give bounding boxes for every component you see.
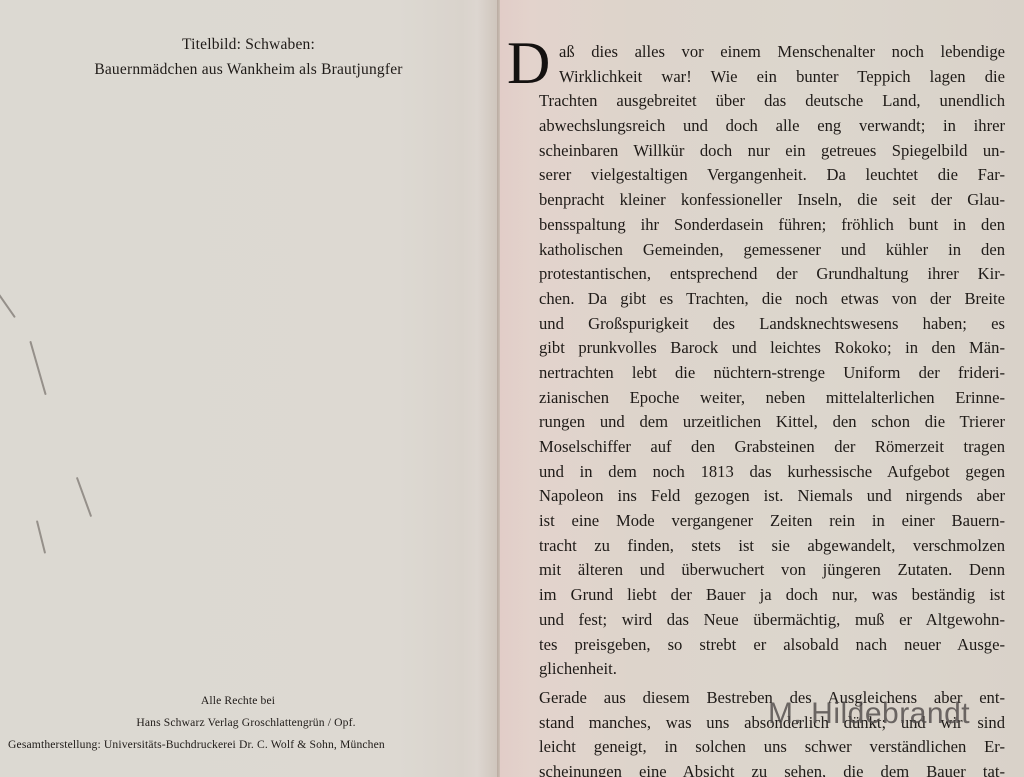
caption-title: Titelbild: Schwaben: — [0, 36, 497, 54]
book-spread: Titelbild: Schwaben: Bauernmädchen aus W… — [0, 0, 1024, 777]
text-line: scheinungen eine Absicht zu sehen, die d… — [539, 760, 1005, 777]
text-line: gibt prunkvolles Barock und leichtes Rok… — [539, 336, 1005, 361]
caption-subtitle: Bauernmädchen aus Wankheim als Brautjung… — [0, 61, 497, 79]
paper-fiber-mark — [76, 477, 92, 517]
text-line: katholischen Gemeinden, gemessener und k… — [539, 238, 1005, 263]
text-line: und Großspurigkeit des Landsknechtswesen… — [539, 312, 1005, 337]
text-line: mit älteren und überwuchert von jüngeren… — [539, 558, 1005, 583]
paper-fiber-mark — [29, 341, 46, 395]
text-line: glichenheit. — [539, 657, 1005, 682]
text-line: Wirklichkeit war! Wie ein bunter Teppich… — [539, 65, 1005, 90]
text-line: abwechslungsreich und doch alle eng verw… — [539, 114, 1005, 139]
right-page: D aß dies alles vor einem Menschenalter … — [500, 0, 1024, 777]
text-line: Moselschiffer auf den Grabsteinen der Rö… — [539, 435, 1005, 460]
text-line: zianischen Epoche weiter, neben mittelal… — [539, 386, 1005, 411]
text-line: aß dies alles vor einem Menschenalter no… — [539, 40, 1005, 65]
text-line: protestantischen, entsprechend der Grund… — [539, 262, 1005, 287]
text-line: tes preisgeben, so strebt er alsobald na… — [539, 633, 1005, 658]
text-line: und fest; wird das Neue übermächtig, muß… — [539, 608, 1005, 633]
text-line: benpracht kleiner konfessioneller Inseln… — [539, 188, 1005, 213]
text-line: im Grund liebt der Bauer ja doch nur, wa… — [539, 583, 1005, 608]
left-page: Titelbild: Schwaben: Bauernmädchen aus W… — [0, 0, 497, 777]
text-line: scheinbaren Willkür doch nur ein getreue… — [539, 139, 1005, 164]
text-line: nertrachten lebt die nüchtern-strenge Un… — [539, 361, 1005, 386]
text-line: Trachten ausgebreitet über das deutsche … — [539, 89, 1005, 114]
text-line: serer vielgestaltigen Vergangenheit. Da … — [539, 163, 1005, 188]
imprint-publisher: Hans Schwarz Verlag Groschlattengrün / O… — [16, 716, 476, 729]
text-line: leicht geneigt, in solchen uns schwer ve… — [539, 735, 1005, 760]
body-text: aß dies alles vor einem Menschenalter no… — [539, 40, 1005, 777]
imprint-rights: Alle Rechte bei — [8, 694, 468, 707]
watermark: M. Hildebrandt — [768, 697, 970, 731]
imprint-printer: Gesamtherstellung: Universitäts-Buchdruc… — [4, 738, 468, 751]
text-line: und in dem noch 1813 das kurhessische Au… — [539, 460, 1005, 485]
text-line: chen. Da gibt es Trachten, die noch etwa… — [539, 287, 1005, 312]
text-line: Napoleon ins Feld gezogen ist. Niemals u… — [539, 484, 1005, 509]
text-line: rungen und dem urzeitlichen Kittel, den … — [539, 410, 1005, 435]
text-line: tracht zu finden, stets ist sie abgewand… — [539, 534, 1005, 559]
paper-fiber-mark — [0, 294, 16, 318]
paper-fiber-mark — [36, 520, 46, 553]
text-line: ist eine Mode vergangener Zeiten rein in… — [539, 509, 1005, 534]
text-line: bensspaltung ihr Sonderdasein führen; fr… — [539, 213, 1005, 238]
